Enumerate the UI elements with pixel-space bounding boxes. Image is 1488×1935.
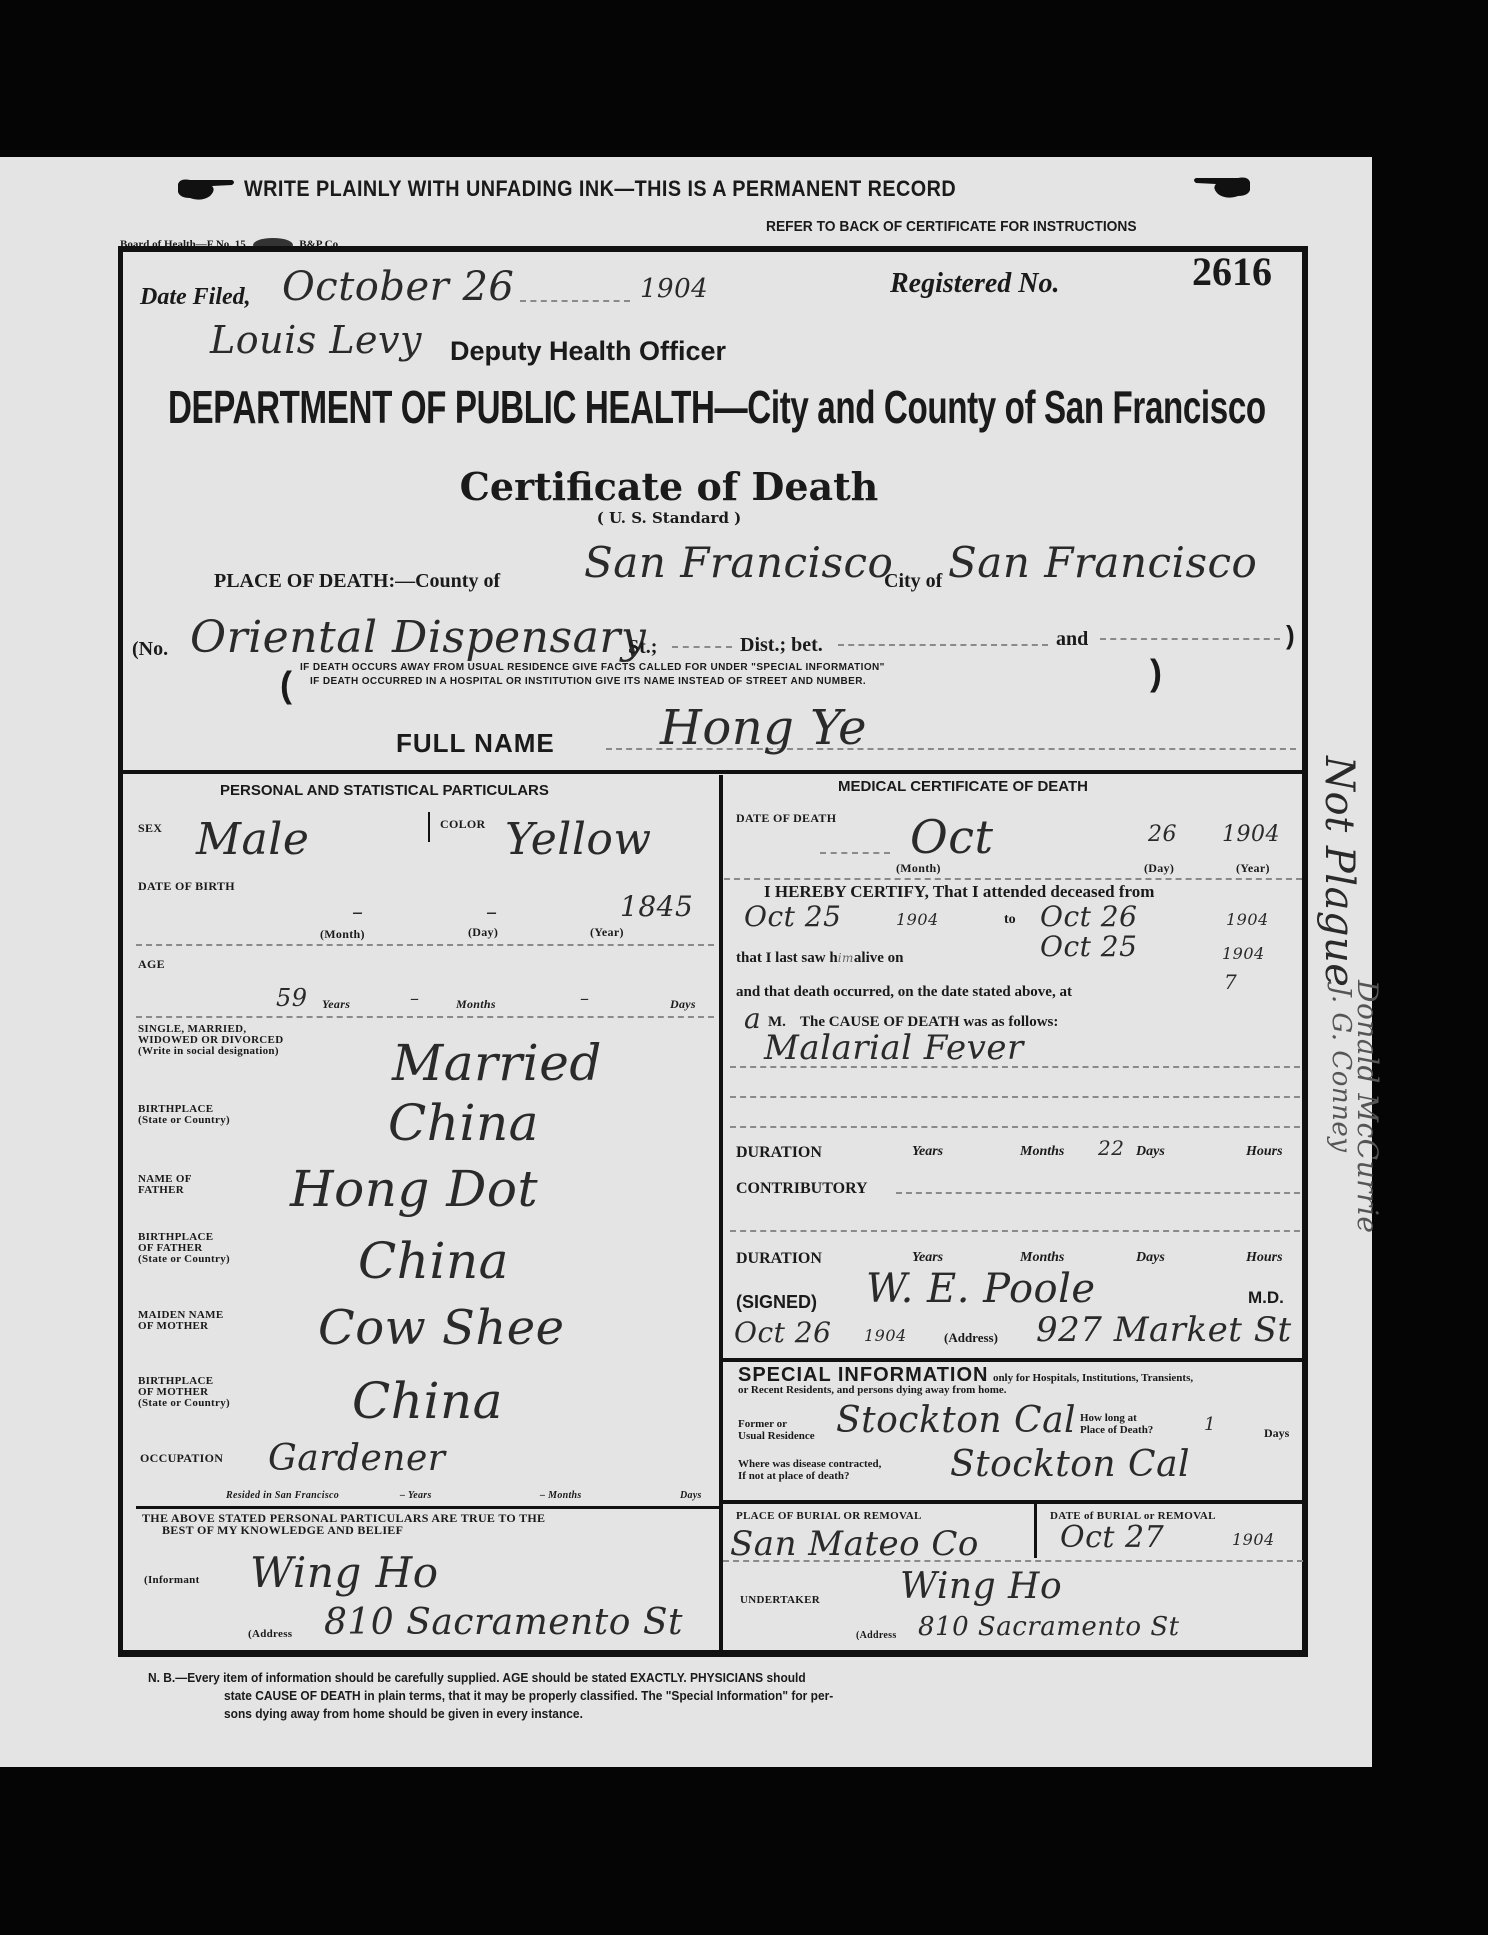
registered-no-label: Registered No. bbox=[890, 268, 1060, 300]
physician-signature: W. E. Poole bbox=[866, 1266, 1096, 1312]
resided-label: Resided in San Francisco bbox=[226, 1490, 339, 1502]
pointing-hand-right-icon bbox=[1192, 174, 1252, 205]
cause-of-death: Malarial Fever bbox=[764, 1028, 1024, 1068]
undertaker-address-label: (Address bbox=[856, 1630, 897, 1642]
signed-label: (SIGNED) bbox=[736, 1292, 817, 1313]
dod-day-label: (Day) bbox=[1144, 862, 1174, 874]
last-saw-date: Oct 25 bbox=[1040, 930, 1137, 963]
age-years: 59 bbox=[276, 984, 308, 1012]
resided-years: – bbox=[400, 1490, 405, 1501]
district-label: Dist.; bet. bbox=[740, 634, 823, 657]
informant-address: 810 Sacramento St bbox=[324, 1602, 683, 1643]
duration-2-months-label: Months bbox=[1020, 1250, 1064, 1266]
duration-label: DURATION bbox=[736, 1144, 822, 1162]
street-line bbox=[672, 646, 732, 648]
full-name-value: Hong Ye bbox=[660, 700, 867, 756]
burial-year-value: 1904 bbox=[1232, 1530, 1275, 1549]
pronoun-value: im bbox=[838, 951, 854, 965]
dod-day: 26 bbox=[1148, 822, 1177, 847]
certify-statement: I HEREBY CERTIFY, That I attended deceas… bbox=[764, 882, 1154, 902]
form-right-border bbox=[1302, 246, 1308, 1656]
undertaker-label: UNDERTAKER bbox=[740, 1594, 820, 1606]
us-standard-label: ( U. S. Standard ) bbox=[0, 509, 1488, 527]
undertaker-divider bbox=[723, 1560, 1303, 1562]
disease-contracted-label: Where was disease contracted, If not at … bbox=[738, 1458, 881, 1482]
physician-address: 927 Market St bbox=[1036, 1310, 1292, 1350]
date-filed-label: Date Filed, bbox=[140, 284, 251, 311]
health-officer-title: Deputy Health Officer bbox=[450, 336, 726, 367]
place-of-death-city: San Francisco bbox=[948, 538, 1257, 587]
age-months-label: Months bbox=[456, 998, 496, 1010]
dob-month-label: (Month) bbox=[320, 928, 365, 940]
duration-2-label: DURATION bbox=[736, 1250, 822, 1268]
undertaker-name: Wing Ho bbox=[900, 1566, 1062, 1607]
attended-to-date: Oct 26 bbox=[1040, 900, 1137, 933]
form-top-border bbox=[118, 246, 1308, 252]
resided-months: – bbox=[540, 1490, 545, 1501]
city-of-label: City of bbox=[884, 570, 942, 593]
dod-month: Oct bbox=[910, 810, 993, 864]
burial-place-value: San Mateo Co bbox=[730, 1524, 979, 1564]
date-of-death-label: DATE OF DEATH bbox=[736, 812, 836, 824]
duration-years-label: Years bbox=[912, 1144, 943, 1160]
duration-2-days-label: Days bbox=[1136, 1250, 1165, 1266]
department-title: DEPARTMENT OF PUBLIC HEALTH—City and Cou… bbox=[168, 380, 1266, 434]
dob-year-label: (Year) bbox=[590, 926, 624, 938]
duration-2-years-label: Years bbox=[912, 1250, 943, 1266]
marital-label-line3: (Write in social designation) bbox=[138, 1046, 283, 1057]
place-of-death-label: PLACE OF DEATH:—County of bbox=[214, 570, 500, 593]
column-divider bbox=[719, 775, 723, 1650]
footer-note-line3: sons dying away from home should be give… bbox=[224, 1706, 583, 1721]
usual-residence-value: Stockton Cal bbox=[836, 1400, 1076, 1441]
sex-label: SEX bbox=[138, 822, 162, 834]
father-birthplace-value: China bbox=[358, 1232, 509, 1290]
place-of-death-county: San Francisco bbox=[584, 538, 893, 587]
years-label: Years bbox=[408, 1490, 432, 1501]
and-label: and bbox=[1056, 628, 1088, 651]
dob-year: 1845 bbox=[620, 890, 693, 923]
pointing-hand-left-icon bbox=[176, 176, 236, 207]
contributory-line bbox=[896, 1192, 1300, 1194]
place-note-line2: IF DEATH OCCURRED IN A HOSPITAL OR INSTI… bbox=[310, 676, 866, 687]
sex-value: Male bbox=[196, 814, 309, 865]
cause-line-3 bbox=[730, 1126, 1300, 1128]
date-filed-line bbox=[520, 300, 630, 302]
instructions-reference: REFER TO BACK OF CERTIFICATE FOR INSTRUC… bbox=[766, 218, 1137, 235]
personal-heading: PERSONAL AND STATISTICAL PARTICULARS bbox=[220, 782, 549, 799]
form-left-border bbox=[118, 246, 123, 1656]
district-between-line bbox=[838, 644, 1048, 646]
date-filed-value: October 26 bbox=[282, 264, 514, 310]
date-filed-year: 1904 bbox=[640, 274, 708, 304]
date-of-birth-label: DATE OF BIRTH bbox=[138, 880, 235, 892]
sex-color-divider bbox=[428, 812, 430, 842]
months-label: Months bbox=[548, 1490, 582, 1501]
age-days-label: Days bbox=[670, 998, 696, 1010]
contributory-label: CONTRIBUTORY bbox=[736, 1180, 868, 1198]
attestation-divider bbox=[136, 1506, 720, 1509]
occupation-value: Gardener bbox=[268, 1438, 445, 1479]
street-number-label: (No. bbox=[132, 638, 168, 661]
age-months: – bbox=[410, 988, 420, 1009]
resided-days-label: Days bbox=[680, 1490, 702, 1502]
father-birthplace-label-line3: (State or Country) bbox=[138, 1254, 230, 1265]
alive-on-text: alive on bbox=[854, 950, 904, 966]
death-occurred-statement: and that death occurred, on the date sta… bbox=[736, 984, 1072, 1001]
duration-hours-label: Hours bbox=[1246, 1144, 1283, 1160]
district-and-line bbox=[1100, 638, 1280, 640]
margin-note-not-plague: Not Plague bbox=[1316, 756, 1362, 987]
death-time: 7 bbox=[1224, 970, 1237, 994]
certificate-title-block: Certificate of Death ( U. S. Standard ) bbox=[0, 464, 1488, 527]
dob-day-label: (Day) bbox=[468, 926, 498, 938]
usual-residence-label: Former or Usual Residence bbox=[738, 1418, 815, 1442]
last-saw-label: that I last saw himalive on bbox=[736, 950, 904, 967]
death-meridiem: a bbox=[744, 1002, 761, 1035]
birthplace-label: BIRTHPLACE (State or Country) bbox=[138, 1104, 230, 1126]
physician-address-label: (Address) bbox=[944, 1330, 998, 1346]
duration-2-hours-label: Hours bbox=[1246, 1250, 1283, 1266]
age-divider bbox=[136, 1016, 714, 1018]
residence-label-line1: Former or bbox=[738, 1418, 815, 1430]
age-years-label: Years bbox=[322, 998, 350, 1010]
last-saw-text: that I last saw h bbox=[736, 950, 838, 966]
mother-label-line2: OF MOTHER bbox=[138, 1321, 224, 1332]
special-info-heading: SPECIAL INFORMATION bbox=[738, 1364, 988, 1386]
permanent-record-banner: WRITE PLAINLY WITH UNFADING INK—THIS IS … bbox=[244, 176, 956, 202]
mother-birthplace-label-line3: (State or Country) bbox=[138, 1398, 230, 1409]
note-open-paren: ( bbox=[280, 664, 292, 706]
attended-from-year: 1904 bbox=[896, 910, 939, 929]
undertaker-address: 810 Sacramento St bbox=[918, 1612, 1180, 1642]
burial-column-divider bbox=[1034, 1504, 1037, 1558]
md-label: M.D. bbox=[1248, 1288, 1284, 1308]
birthplace-label-line2: (State or Country) bbox=[138, 1115, 230, 1126]
place-note-line1: IF DEATH OCCURS AWAY FROM USUAL RESIDENC… bbox=[300, 662, 885, 673]
mother-name-value: Cow Shee bbox=[318, 1300, 565, 1356]
resided-years-label: – Years bbox=[400, 1490, 432, 1502]
dod-divider bbox=[724, 878, 1302, 880]
how-long-label-line1: How long at bbox=[1080, 1412, 1153, 1424]
burial-date-value: Oct 27 bbox=[1060, 1520, 1164, 1555]
contracted-label-line2: If not at place of death? bbox=[738, 1470, 881, 1482]
dod-year: 1904 bbox=[1222, 822, 1280, 847]
dob-divider bbox=[136, 944, 714, 946]
attestation-line2: BEST OF MY KNOWLEDGE AND BELIEF bbox=[162, 1524, 403, 1536]
birthplace-value: China bbox=[388, 1094, 539, 1152]
registered-number: 2616 bbox=[1192, 248, 1272, 295]
attended-to-label: to bbox=[1004, 912, 1016, 928]
contributory-line-2 bbox=[730, 1230, 1300, 1232]
duration-months-label: Months bbox=[1020, 1144, 1064, 1160]
street-label: St.; bbox=[628, 636, 657, 659]
marital-label: SINGLE, MARRIED, WIDOWED OR DIVORCED (Wr… bbox=[138, 1024, 283, 1057]
dob-day: – bbox=[486, 900, 498, 925]
dob-month: – bbox=[352, 900, 364, 925]
contracted-label-line1: Where was disease contracted, bbox=[738, 1458, 881, 1470]
dod-month-label: (Month) bbox=[896, 862, 941, 874]
resided-months-label: – Months bbox=[540, 1490, 582, 1502]
color-label: COLOR bbox=[440, 818, 486, 830]
health-officer-signature: Louis Levy bbox=[210, 318, 422, 362]
burial-divider bbox=[723, 1500, 1305, 1504]
age-days: – bbox=[580, 988, 590, 1009]
place-of-death-institution: Oriental Dispensary bbox=[190, 612, 646, 663]
dod-line-left bbox=[820, 852, 890, 854]
age-label: AGE bbox=[138, 958, 165, 970]
cause-line-2 bbox=[730, 1096, 1300, 1098]
occupation-label: OCCUPATION bbox=[140, 1452, 223, 1464]
duration-days: 22 bbox=[1098, 1136, 1124, 1160]
marital-value: Married bbox=[392, 1034, 602, 1092]
father-birthplace-label: BIRTHPLACE OF FATHER (State or Country) bbox=[138, 1232, 230, 1265]
residence-label-line2: Usual Residence bbox=[738, 1430, 815, 1442]
attended-to-year: 1904 bbox=[1226, 910, 1269, 929]
how-long-value: 1 bbox=[1204, 1414, 1216, 1435]
disease-contracted-value: Stockton Cal bbox=[950, 1444, 1190, 1485]
special-info-note-1: only for Hospitals, Institutions, Transi… bbox=[993, 1372, 1193, 1384]
attended-from-date: Oct 25 bbox=[744, 900, 841, 933]
special-info-note-2: or Recent Residents, and persons dying a… bbox=[738, 1384, 1007, 1396]
informant-label: (Informant bbox=[144, 1574, 200, 1586]
burial-place-label: PLACE OF BURIAL OR REMOVAL bbox=[736, 1510, 922, 1522]
how-long-label-line2: Place of Death? bbox=[1080, 1424, 1153, 1436]
signed-year: 1904 bbox=[864, 1326, 907, 1345]
mother-birthplace-value: China bbox=[352, 1372, 503, 1430]
color-value: Yellow bbox=[505, 814, 652, 865]
last-saw-year: 1904 bbox=[1222, 944, 1265, 963]
informant-address-label: (Address bbox=[248, 1628, 292, 1640]
note-close-paren: ) bbox=[1150, 652, 1162, 694]
duration-days-label: Days bbox=[1136, 1144, 1165, 1160]
cause-line-1 bbox=[730, 1066, 1300, 1068]
informant-name: Wing Ho bbox=[250, 1548, 439, 1597]
dod-year-label: (Year) bbox=[1236, 862, 1270, 874]
special-info-divider bbox=[723, 1358, 1305, 1362]
father-name-value: Hong Dot bbox=[290, 1160, 538, 1218]
certificate-title: Certificate of Death bbox=[0, 464, 1488, 509]
mother-birthplace-label: BIRTHPLACE OF MOTHER (State or Country) bbox=[138, 1376, 230, 1409]
footer-note-line1: N. B.—Every item of information should b… bbox=[148, 1670, 806, 1685]
section-divider bbox=[118, 770, 1308, 774]
how-long-days-label: Days bbox=[1264, 1426, 1289, 1441]
closing-paren: ) bbox=[1286, 620, 1295, 651]
father-label-line2: FATHER bbox=[138, 1185, 192, 1196]
mother-name-label: MAIDEN NAME OF MOTHER bbox=[138, 1310, 224, 1332]
margin-note-signature-2: J. G. Conney bbox=[1326, 986, 1356, 1152]
footer-note-line2: state CAUSE OF DEATH in plain terms, tha… bbox=[224, 1688, 833, 1703]
full-name-label: FULL NAME bbox=[396, 728, 555, 759]
signed-date: Oct 26 bbox=[734, 1316, 831, 1349]
father-name-label: NAME OF FATHER bbox=[138, 1174, 192, 1196]
how-long-label: How long at Place of Death? bbox=[1080, 1412, 1153, 1436]
form-bottom-border bbox=[118, 1650, 1308, 1657]
medical-heading: MEDICAL CERTIFICATE OF DEATH bbox=[838, 778, 1088, 795]
